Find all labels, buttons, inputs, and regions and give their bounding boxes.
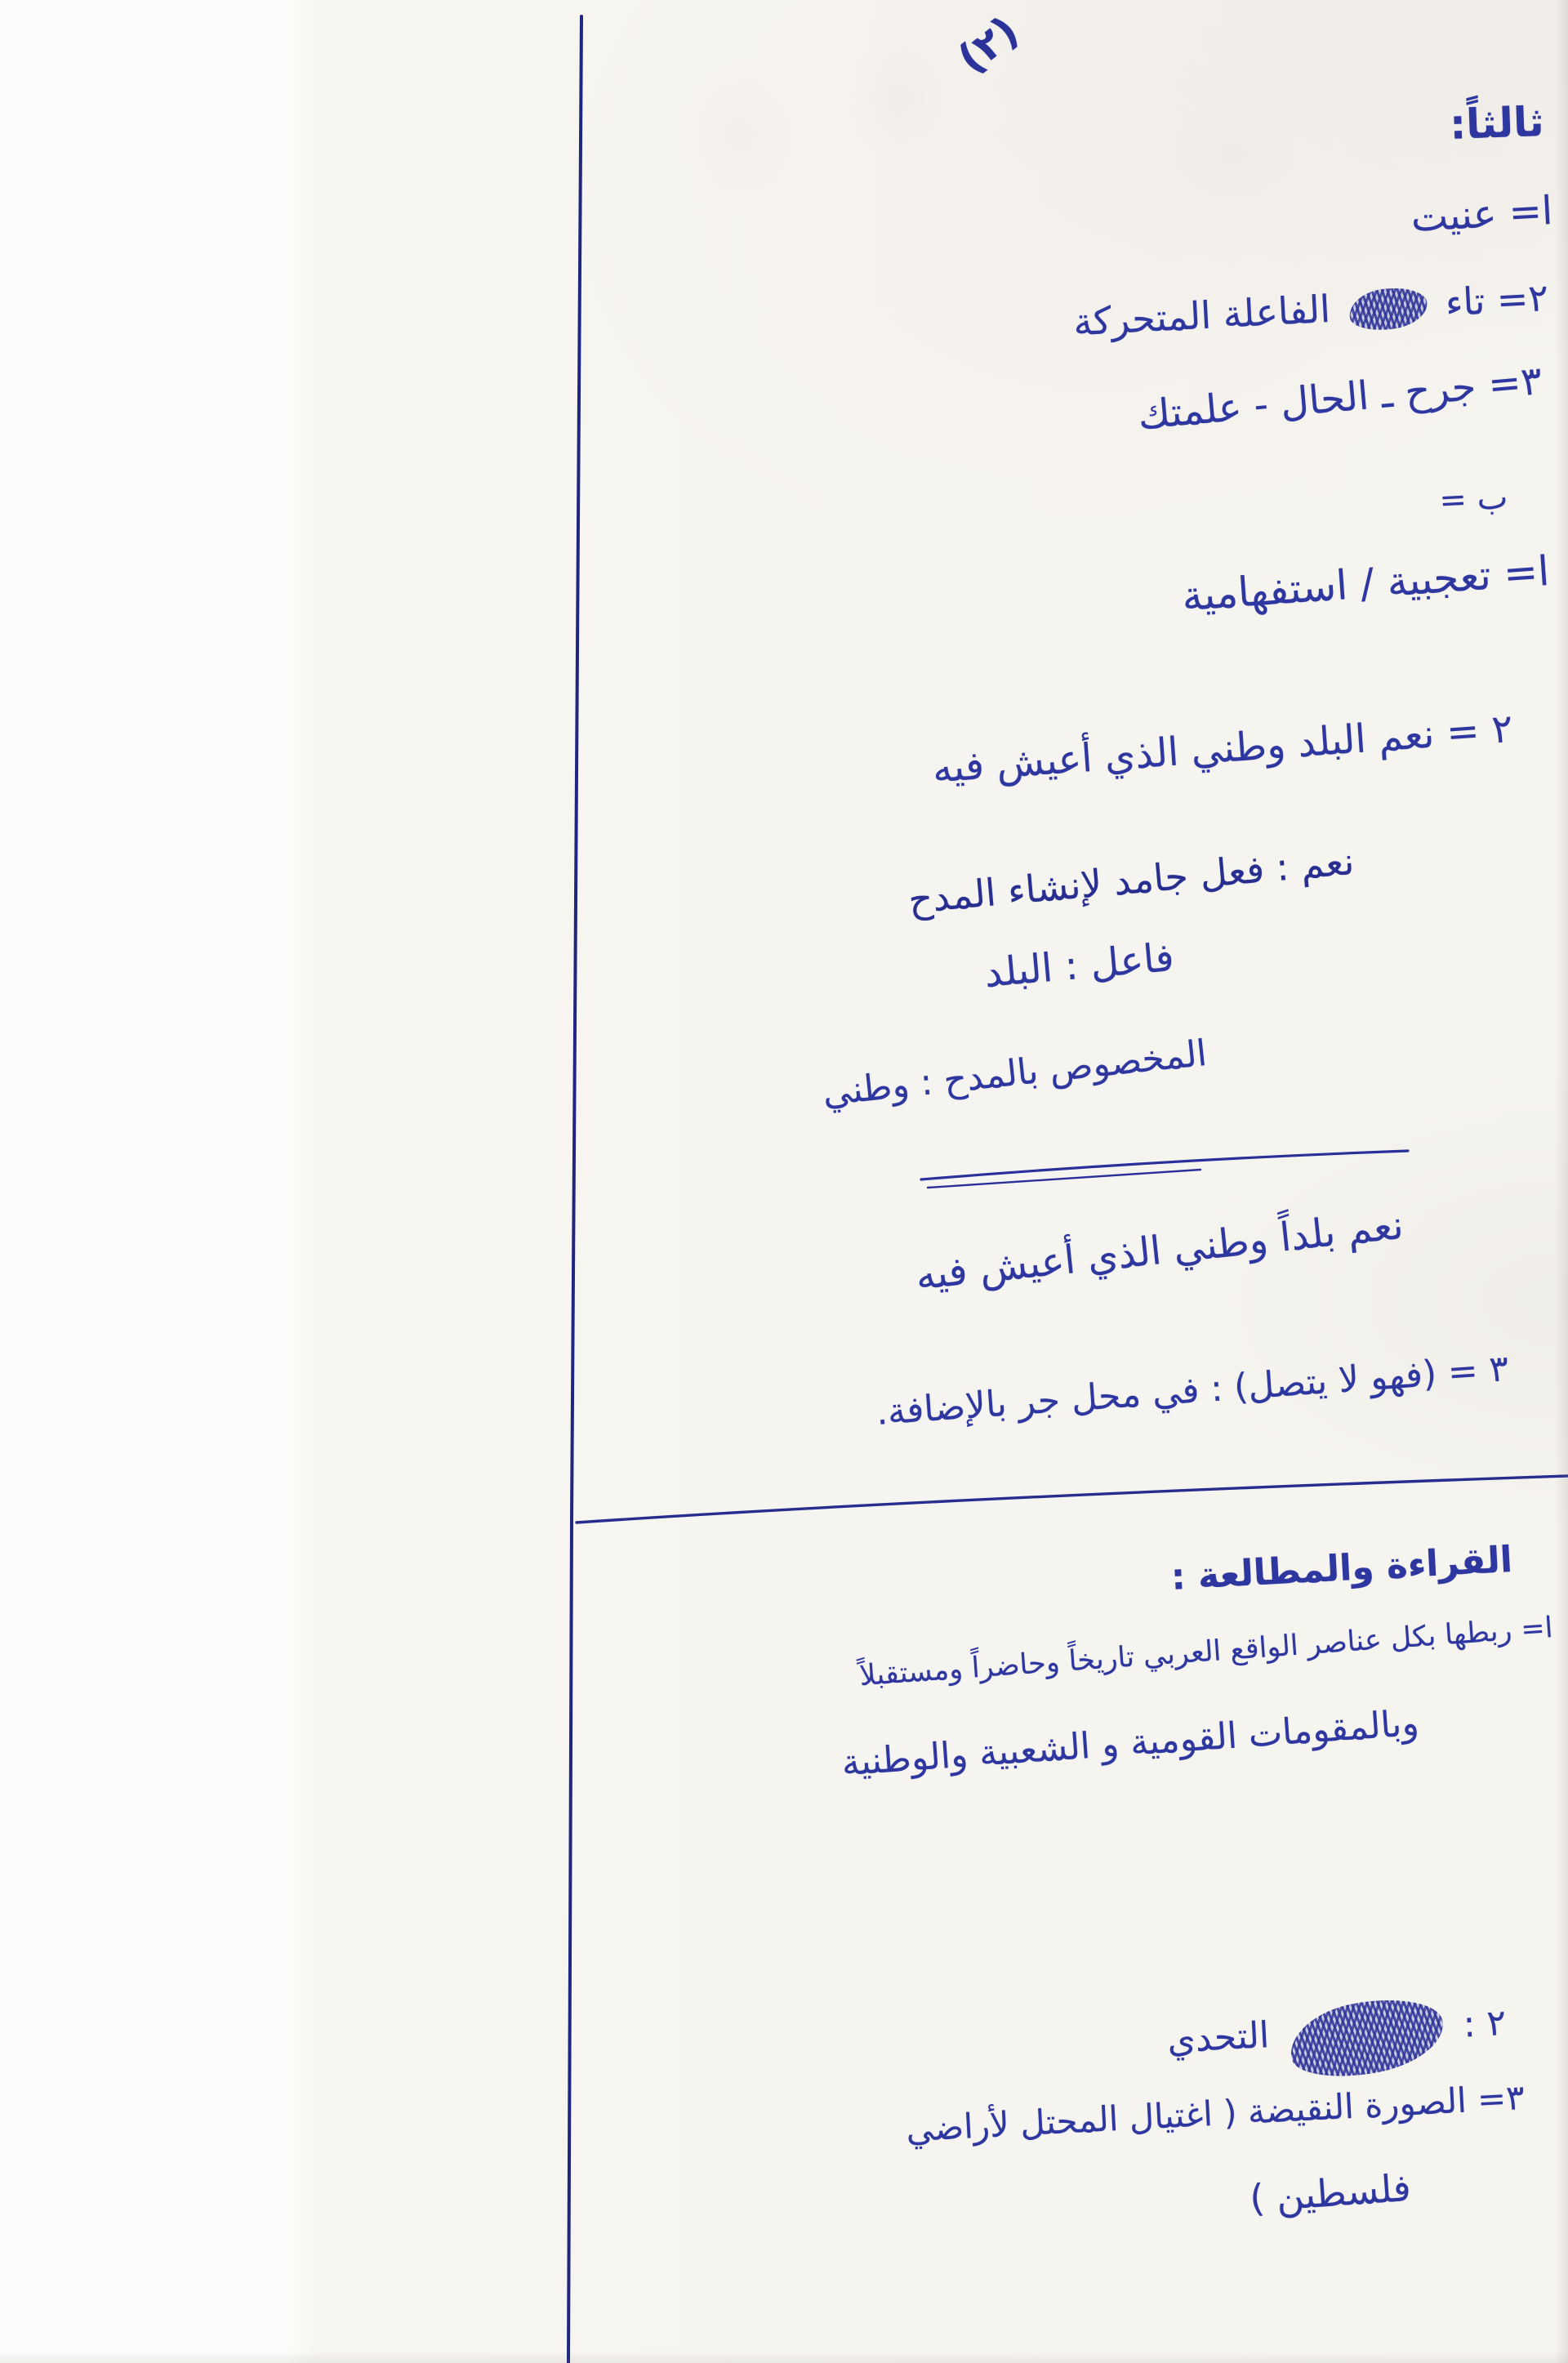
margin-line	[568, 16, 581, 2363]
reading-answer-3-continued: فلسطين )	[1248, 2165, 1412, 2223]
reading-answer-2-part2: التحدي	[1166, 2013, 1281, 2061]
ink-bleed-spot	[849, 33, 947, 163]
page-edge-shadow-bottom	[0, 2352, 1568, 2363]
answer-line-1: ا= عنيت	[1410, 186, 1554, 243]
heading-reading-study: القراءة والمطالعة :	[1169, 1537, 1513, 1600]
scratched-out-word-large	[1284, 1989, 1449, 2087]
notebook-page: (٢) ثالثاً: ا= عنيت ٢= تاء الفاعلة المتح…	[0, 0, 1568, 2363]
answer-line-2-part1: ٢= تاء	[1432, 275, 1550, 325]
reading-answer-3: ٣= الصورة النقيضة ( اغتيال المحتل لأراضي	[905, 2076, 1526, 2151]
separator-line-short	[921, 1151, 1408, 1179]
answer-line-2-part2: الفاعلة المتحركة	[1072, 286, 1343, 344]
parsing-line-specified-praise: المخصوص بالمدح : وطني	[821, 1031, 1209, 1116]
scratched-out-word	[1347, 283, 1429, 333]
answer-line-2: ٢= تاء الفاعلة المتحركة	[1072, 274, 1550, 346]
ink-bleed-spot	[678, 57, 800, 212]
answer-line-3: ٣= جرح ـ الحال - علمتك	[1135, 356, 1543, 440]
section-marker-b: ب =	[1438, 477, 1508, 521]
reading-answer-2: ٢ : التحدي	[1165, 1995, 1508, 2073]
page-edge-shadow-right	[1555, 0, 1568, 2363]
separator-line-short-stroke2	[928, 1170, 1200, 1188]
separator-line-long	[577, 1476, 1567, 1523]
reading-answer-1a: ا= ربطها بكل عناصر الواقع العربي تاريخاً…	[858, 1611, 1554, 1695]
answer-exclamatory-interrogative: ا= تعجبية / استفهامية	[1180, 546, 1551, 622]
heading-thirdly: ثالثاً:	[1450, 96, 1546, 150]
sentence-praise-example: ٢ = نعم البلد وطني الذي أعيش فيه	[931, 704, 1515, 794]
reading-answer-1b: وبالمقومات القومية و الشعبية والوطنية	[840, 1701, 1420, 1786]
parsing-line-subject: فاعل : البلد	[982, 933, 1176, 998]
sentence-praise-variant: نعم بلداً وطني الذي أعيش فيه	[913, 1201, 1405, 1300]
page-number: (٢)	[949, 7, 1027, 83]
answer-genitive-annexation: ٣ = (فهو لا يتصل) : في محل جر بالإضافة.	[875, 1346, 1510, 1435]
reading-answer-2-part1: ٢ :	[1450, 2002, 1507, 2046]
ink-bleed-spot	[1168, 98, 1298, 212]
parsing-line-niama: نعم : فعل جامد لإنشاء المدح	[906, 838, 1356, 924]
